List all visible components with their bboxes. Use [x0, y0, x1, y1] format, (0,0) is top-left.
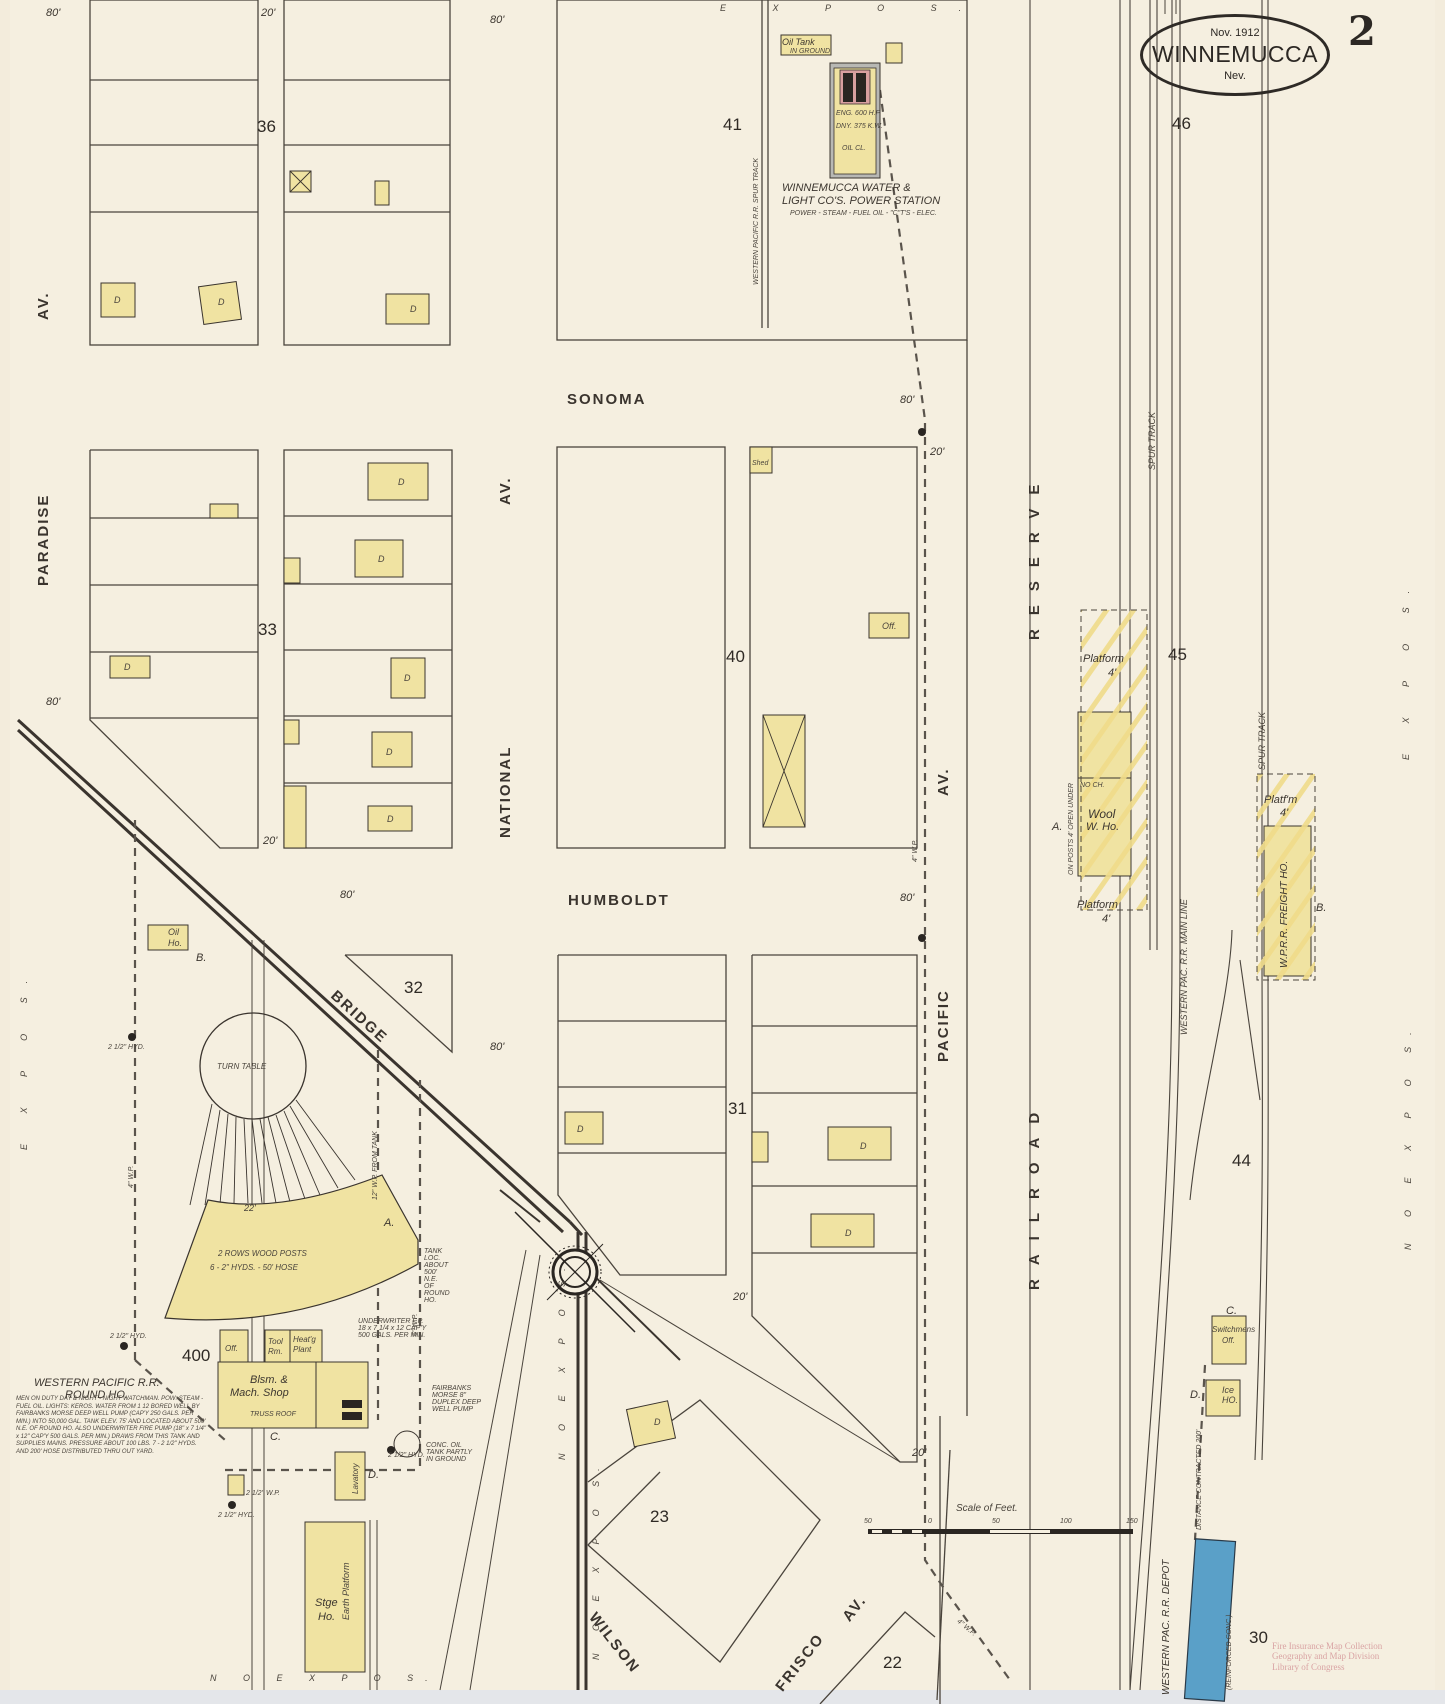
depot-label: WESTERN PAC. R.R. DEPOT: [1162, 1560, 1172, 1695]
no-ch-label: NO CH.: [1080, 782, 1105, 789]
street-width: 20': [733, 1292, 747, 1303]
street-width: 20': [930, 447, 944, 458]
lavatory-label: Lavatory: [352, 1463, 360, 1494]
oil-house-label: Oil: [168, 928, 179, 937]
platform-label: Platform: [1077, 900, 1118, 911]
scale-label: Scale of Feet.: [956, 1504, 1018, 1514]
block-number: 36: [257, 118, 276, 135]
spur-track-label: SPUR TRACK: [1148, 412, 1157, 470]
block-number: 45: [1168, 646, 1187, 663]
street-label-sonoma: SONOMA: [567, 392, 647, 407]
power-station-name: WINNEMUCCA WATER &: [782, 183, 911, 194]
block-number: 22: [883, 1654, 902, 1671]
spur-track-label-2: SPUR TRACK: [1258, 712, 1267, 770]
dwelling-label: D: [378, 555, 385, 564]
stamp-line: Library of Congress: [1272, 1662, 1382, 1672]
distance-note: DISTANCE CONTRACTED 200': [1196, 1430, 1203, 1530]
map-letter-a: A.: [1052, 822, 1062, 833]
scale-tick: 0: [928, 1518, 932, 1525]
tool-rm-label-2: Rm.: [268, 1348, 283, 1356]
street-width: 80': [46, 8, 60, 19]
dwelling-label: D: [387, 815, 394, 824]
street-label-national: NATIONAL: [498, 746, 513, 838]
switchmens-office-label-2: Off.: [1222, 1337, 1235, 1345]
block-number: 40: [726, 648, 745, 665]
shed-label: Shed: [752, 460, 768, 467]
hydrant-label: 2 1/2" HYD.: [110, 1333, 147, 1340]
dwelling-label: D: [124, 663, 131, 672]
map-city: WINNEMUCCA: [1143, 41, 1327, 68]
dwelling-label: D: [114, 296, 121, 305]
stamp-line: Fire Insurance Map Collection: [1272, 1641, 1382, 1651]
water-pipe-label: 12" W.P. FROM TANK: [372, 1131, 379, 1200]
map-letter-a: A.: [384, 1218, 394, 1229]
map-letter-b: B.: [196, 953, 206, 964]
dwelling-label: D: [404, 674, 411, 683]
roundhouse-arc-dim: 22': [244, 1204, 256, 1213]
platform-dim: 4': [1108, 668, 1116, 679]
ice-house-label: Ice: [1222, 1386, 1234, 1395]
dwelling-label: D: [577, 1125, 584, 1134]
street-width: 80': [46, 697, 60, 708]
street-label-national-av: AV.: [498, 476, 513, 505]
hydrant-label: 2 1/2" HYD.: [108, 1044, 145, 1051]
platform-label: Platform: [1083, 654, 1124, 665]
switchmens-office-label: Switchmens: [1212, 1326, 1255, 1334]
scale-tick: 50: [992, 1518, 1000, 1525]
water-pipe-label: 4" W.P.: [912, 840, 919, 862]
title-cartouche: Nov. 1912 WINNEMUCCA Nev.: [1140, 14, 1330, 96]
truss-roof-label: TRUSS ROOF: [250, 1411, 296, 1418]
block-number: 23: [650, 1508, 669, 1525]
map-letter-d: D.: [368, 1470, 379, 1481]
wool-warehouse-label: Wool: [1088, 808, 1115, 820]
street-width: 20': [263, 836, 277, 847]
power-note: ENG. 600 H.P.: [836, 110, 881, 117]
roundhouse-inner-2: 6 - 2" HYDS. - 50' HOSE: [210, 1264, 298, 1272]
map-letter-b: B.: [1316, 903, 1326, 914]
street-width: 80': [340, 890, 354, 901]
power-note: DNY. 375 K.W.: [836, 123, 883, 130]
blacksmith-label-2: Mach. Shop: [230, 1388, 289, 1399]
stamp-line: Geography and Map Division: [1272, 1651, 1382, 1661]
street-width: 80': [490, 1042, 504, 1053]
hydrant-label: 2 1/2" HYD.: [218, 1512, 255, 1519]
dwelling-label: D: [860, 1142, 867, 1151]
heating-plant-label-2: Plant: [293, 1346, 311, 1354]
roundhouse-notes: MEN ON DUTY DAY & NIGHT - NIGHT WATCHMAN…: [16, 1396, 206, 1456]
no-expos-label: N O E X P O S.: [558, 1258, 567, 1460]
expos-label: E X P O S.: [20, 967, 29, 1150]
ice-house-label-2: HO.: [1222, 1396, 1238, 1405]
blacksmith-label: Blsm. &: [250, 1375, 288, 1386]
sheet-number: 2: [1348, 8, 1376, 55]
conc-oil-tank-note: CONC. OIL TANK PARTLY IN GROUND: [426, 1442, 476, 1463]
off-label: Off.: [225, 1345, 238, 1353]
scale-tick: 50: [864, 1518, 872, 1525]
block-number: 400: [182, 1347, 210, 1364]
street-label-reserve: RESERVE: [1027, 471, 1042, 640]
wool-warehouse-label-2: W. Ho.: [1086, 822, 1119, 833]
platform-label: Platf'm: [1264, 795, 1297, 806]
street-width: 80': [900, 893, 914, 904]
platform-dim: 4': [1280, 808, 1288, 819]
dwelling-label: D: [218, 298, 225, 307]
depot-note: (REINFORCED CONC.): [1226, 1615, 1233, 1690]
street-label-humboldt: HUMBOLDT: [568, 893, 670, 908]
heating-plant-label: Heat'g: [293, 1336, 316, 1344]
block-number: 30: [1249, 1629, 1268, 1646]
expos-label: E X P O S.: [1402, 577, 1411, 760]
office-label: Off.: [882, 622, 897, 631]
stge-ho-label-2: Ho.: [318, 1612, 335, 1623]
dwelling-label: D: [654, 1418, 661, 1427]
power-note: OIL CL.: [842, 145, 866, 152]
map-letter-c: C.: [270, 1432, 281, 1443]
main-line-label: WESTERN PAC. R.R. MAIN LINE: [1180, 899, 1189, 1035]
freight-house-label: W.P.R.R. FREIGHT HO.: [1280, 861, 1290, 968]
map-letter-c: C.: [1226, 1306, 1237, 1317]
block-number: 41: [723, 116, 742, 133]
stge-ho-label: Stge: [315, 1598, 338, 1609]
tank-note: TANK LOC. ABOUT 500' N.E. OF ROUND HO.: [424, 1248, 444, 1304]
dwelling-label: D: [386, 748, 393, 757]
street-label-pacific-av: AV.: [936, 767, 951, 796]
turn-table-label: TURN TABLE: [217, 1063, 266, 1071]
street-label-railroad: RAILROAD: [1027, 1099, 1042, 1290]
block-number: 31: [728, 1100, 747, 1117]
hydrant-label: 2 1/2" HYD.: [388, 1452, 425, 1459]
no-expos-label: N O E X P O S.: [592, 1458, 601, 1660]
no-expos-label: N O E X P O S.: [1404, 1020, 1413, 1250]
street-width: 20': [261, 8, 275, 19]
map-state: Nev.: [1143, 70, 1327, 82]
expos-label: E X P O S.: [720, 4, 983, 13]
oil-house-label-2: Ho.: [168, 939, 182, 948]
no-expos-label: N O E X P O S.: [210, 1674, 440, 1683]
street-width: 80': [490, 15, 504, 26]
street-width: 20': [912, 1448, 926, 1459]
scale-tick: 150: [1126, 1518, 1138, 1525]
street-width: 80': [900, 395, 914, 406]
power-station-name-2: LIGHT CO'S. POWER STATION: [782, 196, 940, 207]
dwelling-label: D: [398, 478, 405, 487]
roundhouse-title: WESTERN PACIFIC R.R.: [34, 1378, 160, 1389]
power-station-detail: POWER - STEAM - FUEL OIL - "C"T'S - ELEC…: [790, 210, 937, 217]
dwelling-label: D: [410, 305, 417, 314]
block-number: 32: [404, 979, 423, 996]
block-number: 44: [1232, 1152, 1251, 1169]
street-label-pacific: PACIFIC: [936, 989, 951, 1062]
water-pipe-label: 2 1/2" W.P.: [246, 1490, 280, 1497]
platform-dim: 4': [1102, 914, 1110, 925]
wool-warehouse-note: ON POSTS 4' OPEN UNDER: [1068, 783, 1075, 875]
fairbanks-note: FAIRBANKS MORSE 8" DUPLEX DEEP WELL PUMP: [432, 1385, 492, 1413]
water-pipe-label: 4" W.P.: [128, 1166, 135, 1188]
map-date: Nov. 1912: [1143, 27, 1327, 39]
scale-tick: 100: [1060, 1518, 1072, 1525]
earth-platform-label: Earth Platform: [342, 1562, 351, 1620]
oil-tank-sub: IN GROUND: [790, 48, 830, 55]
tool-rm-label: Tool: [268, 1338, 283, 1346]
dwelling-label: D: [845, 1229, 852, 1238]
map-linework: [0, 0, 1445, 1704]
water-pipe-label: 6" W.P.: [412, 1314, 419, 1336]
roundhouse-inner-1: 2 ROWS WOOD POSTS: [218, 1250, 307, 1258]
library-stamp: Fire Insurance Map Collection Geography …: [1272, 1641, 1382, 1672]
map-letter-d: D.: [1190, 1390, 1201, 1401]
street-label-paradise-av: AV.: [36, 291, 51, 320]
wp-spur-track-label: WESTERN PACIFIC R.R. SPUR TRACK: [753, 158, 760, 285]
block-number: 33: [258, 621, 277, 638]
block-number: 46: [1172, 115, 1191, 132]
oil-tank-label: Oil Tank: [782, 38, 815, 47]
street-label-paradise: PARADISE: [36, 494, 51, 586]
